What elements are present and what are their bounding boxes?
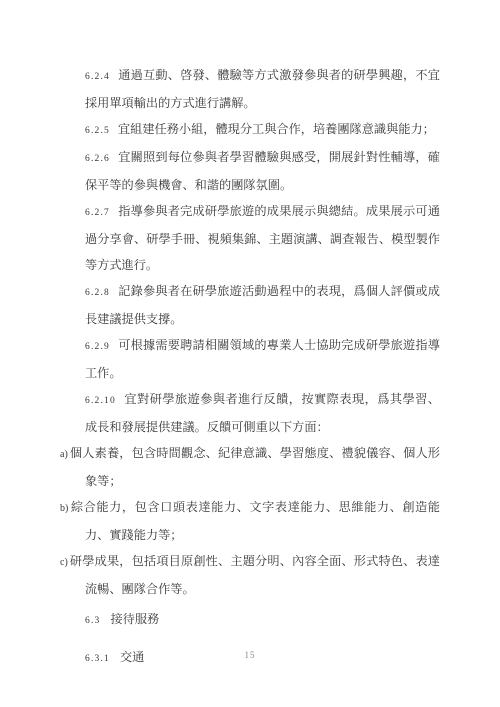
section-text: 通過互動、啓發、體驗等方式激發參與者的研學興趣，不宜採用單項輸出的方式進行講解。 (85, 68, 440, 110)
document-page: 6.2.4通過互動、啓發、體驗等方式激發參與者的研學興趣，不宜採用單項輸出的方式… (0, 0, 500, 707)
section-text: 指導參與者完成研學旅遊的成果展示與總結。成果展示可通過分享會、研學手冊、視頻集錦… (85, 204, 440, 272)
section-number: 6.2.6 (85, 154, 110, 164)
list-text: 個人素養，包含時間觀念、紀律意識、學習態度、禮貌儀容、個人形象等； (70, 446, 440, 488)
section-paragraph: 6.2.6宜關照到每位參與者學習體驗與感受，開展針對性輔導，確保平等的參與機會、… (85, 144, 440, 198)
list-marker: c) (60, 557, 68, 568)
list-marker: b) (60, 503, 68, 514)
section-number: 6.2.9 (85, 342, 110, 352)
heading-number: 6.3 (85, 616, 100, 626)
section-text: 宜對研學旅遊參與者進行反饋，按實際表現，爲其學習、成長和發展提供建議。反饋可側重… (85, 392, 440, 434)
section-paragraph: 6.2.4通過互動、啓發、體驗等方式激發參與者的研學興趣，不宜採用單項輸出的方式… (85, 62, 440, 116)
section-number: 6.2.7 (85, 208, 110, 218)
list-item-c: c)研學成果，包括項目原創性、主題分明、內容全面、形式特色、表達流暢、團隊合作等… (85, 548, 440, 602)
section-text: 宜組建任務小組，體現分工與合作，培養團隊意識與能力； (118, 122, 435, 136)
list-item-b: b)綜合能力，包含口頭表達能力、文字表達能力、思維能力、創造能力、實踐能力等； (85, 494, 440, 548)
list-marker: a) (60, 449, 68, 460)
list-item-a: a)個人素養，包含時間觀念、紀律意識、學習態度、禮貌儀容、個人形象等； (85, 440, 440, 494)
section-number: 6.2.8 (85, 288, 110, 298)
section-paragraph: 6.2.10宜對研學旅遊參與者進行反饋，按實際表現，爲其學習、成長和發展提供建議… (85, 386, 440, 440)
heading-6-3: 6.3接待服務 (85, 606, 440, 634)
section-paragraph: 6.2.9可根據需要聘請相關領域的專業人士協助完成研學旅遊指導工作。 (85, 332, 440, 386)
page-body: 6.2.4通過互動、啓發、體驗等方式激發參與者的研學興趣，不宜採用單項輸出的方式… (85, 62, 440, 672)
heading-title: 接待服務 (110, 612, 159, 626)
section-paragraph: 6.2.8記錄參與者在研學旅遊活動過程中的表現，爲個人評價或成長建議提供支撐。 (85, 278, 440, 332)
page-number: 15 (0, 650, 500, 660)
section-number: 6.2.4 (85, 72, 110, 82)
list-text: 研學成果，包括項目原創性、主題分明、內容全面、形式特色、表達流暢、團隊合作等。 (70, 554, 440, 596)
section-text: 宜關照到每位參與者學習體驗與感受，開展針對性輔導，確保平等的參與機會、和諧的團隊… (85, 150, 440, 192)
section-paragraph: 6.2.7指導參與者完成研學旅遊的成果展示與總結。成果展示可通過分享會、研學手冊… (85, 198, 440, 278)
section-paragraph: 6.2.5宜組建任務小組，體現分工與合作，培養團隊意識與能力； (85, 116, 440, 144)
section-text: 記錄參與者在研學旅遊活動過程中的表現，爲個人評價或成長建議提供支撐。 (85, 284, 440, 326)
section-number: 6.2.5 (85, 126, 110, 136)
section-number: 6.2.10 (85, 396, 116, 406)
list-text: 綜合能力，包含口頭表達能力、文字表達能力、思維能力、創造能力、實踐能力等； (70, 500, 440, 542)
section-text: 可根據需要聘請相關領域的專業人士協助完成研學旅遊指導工作。 (85, 338, 440, 380)
